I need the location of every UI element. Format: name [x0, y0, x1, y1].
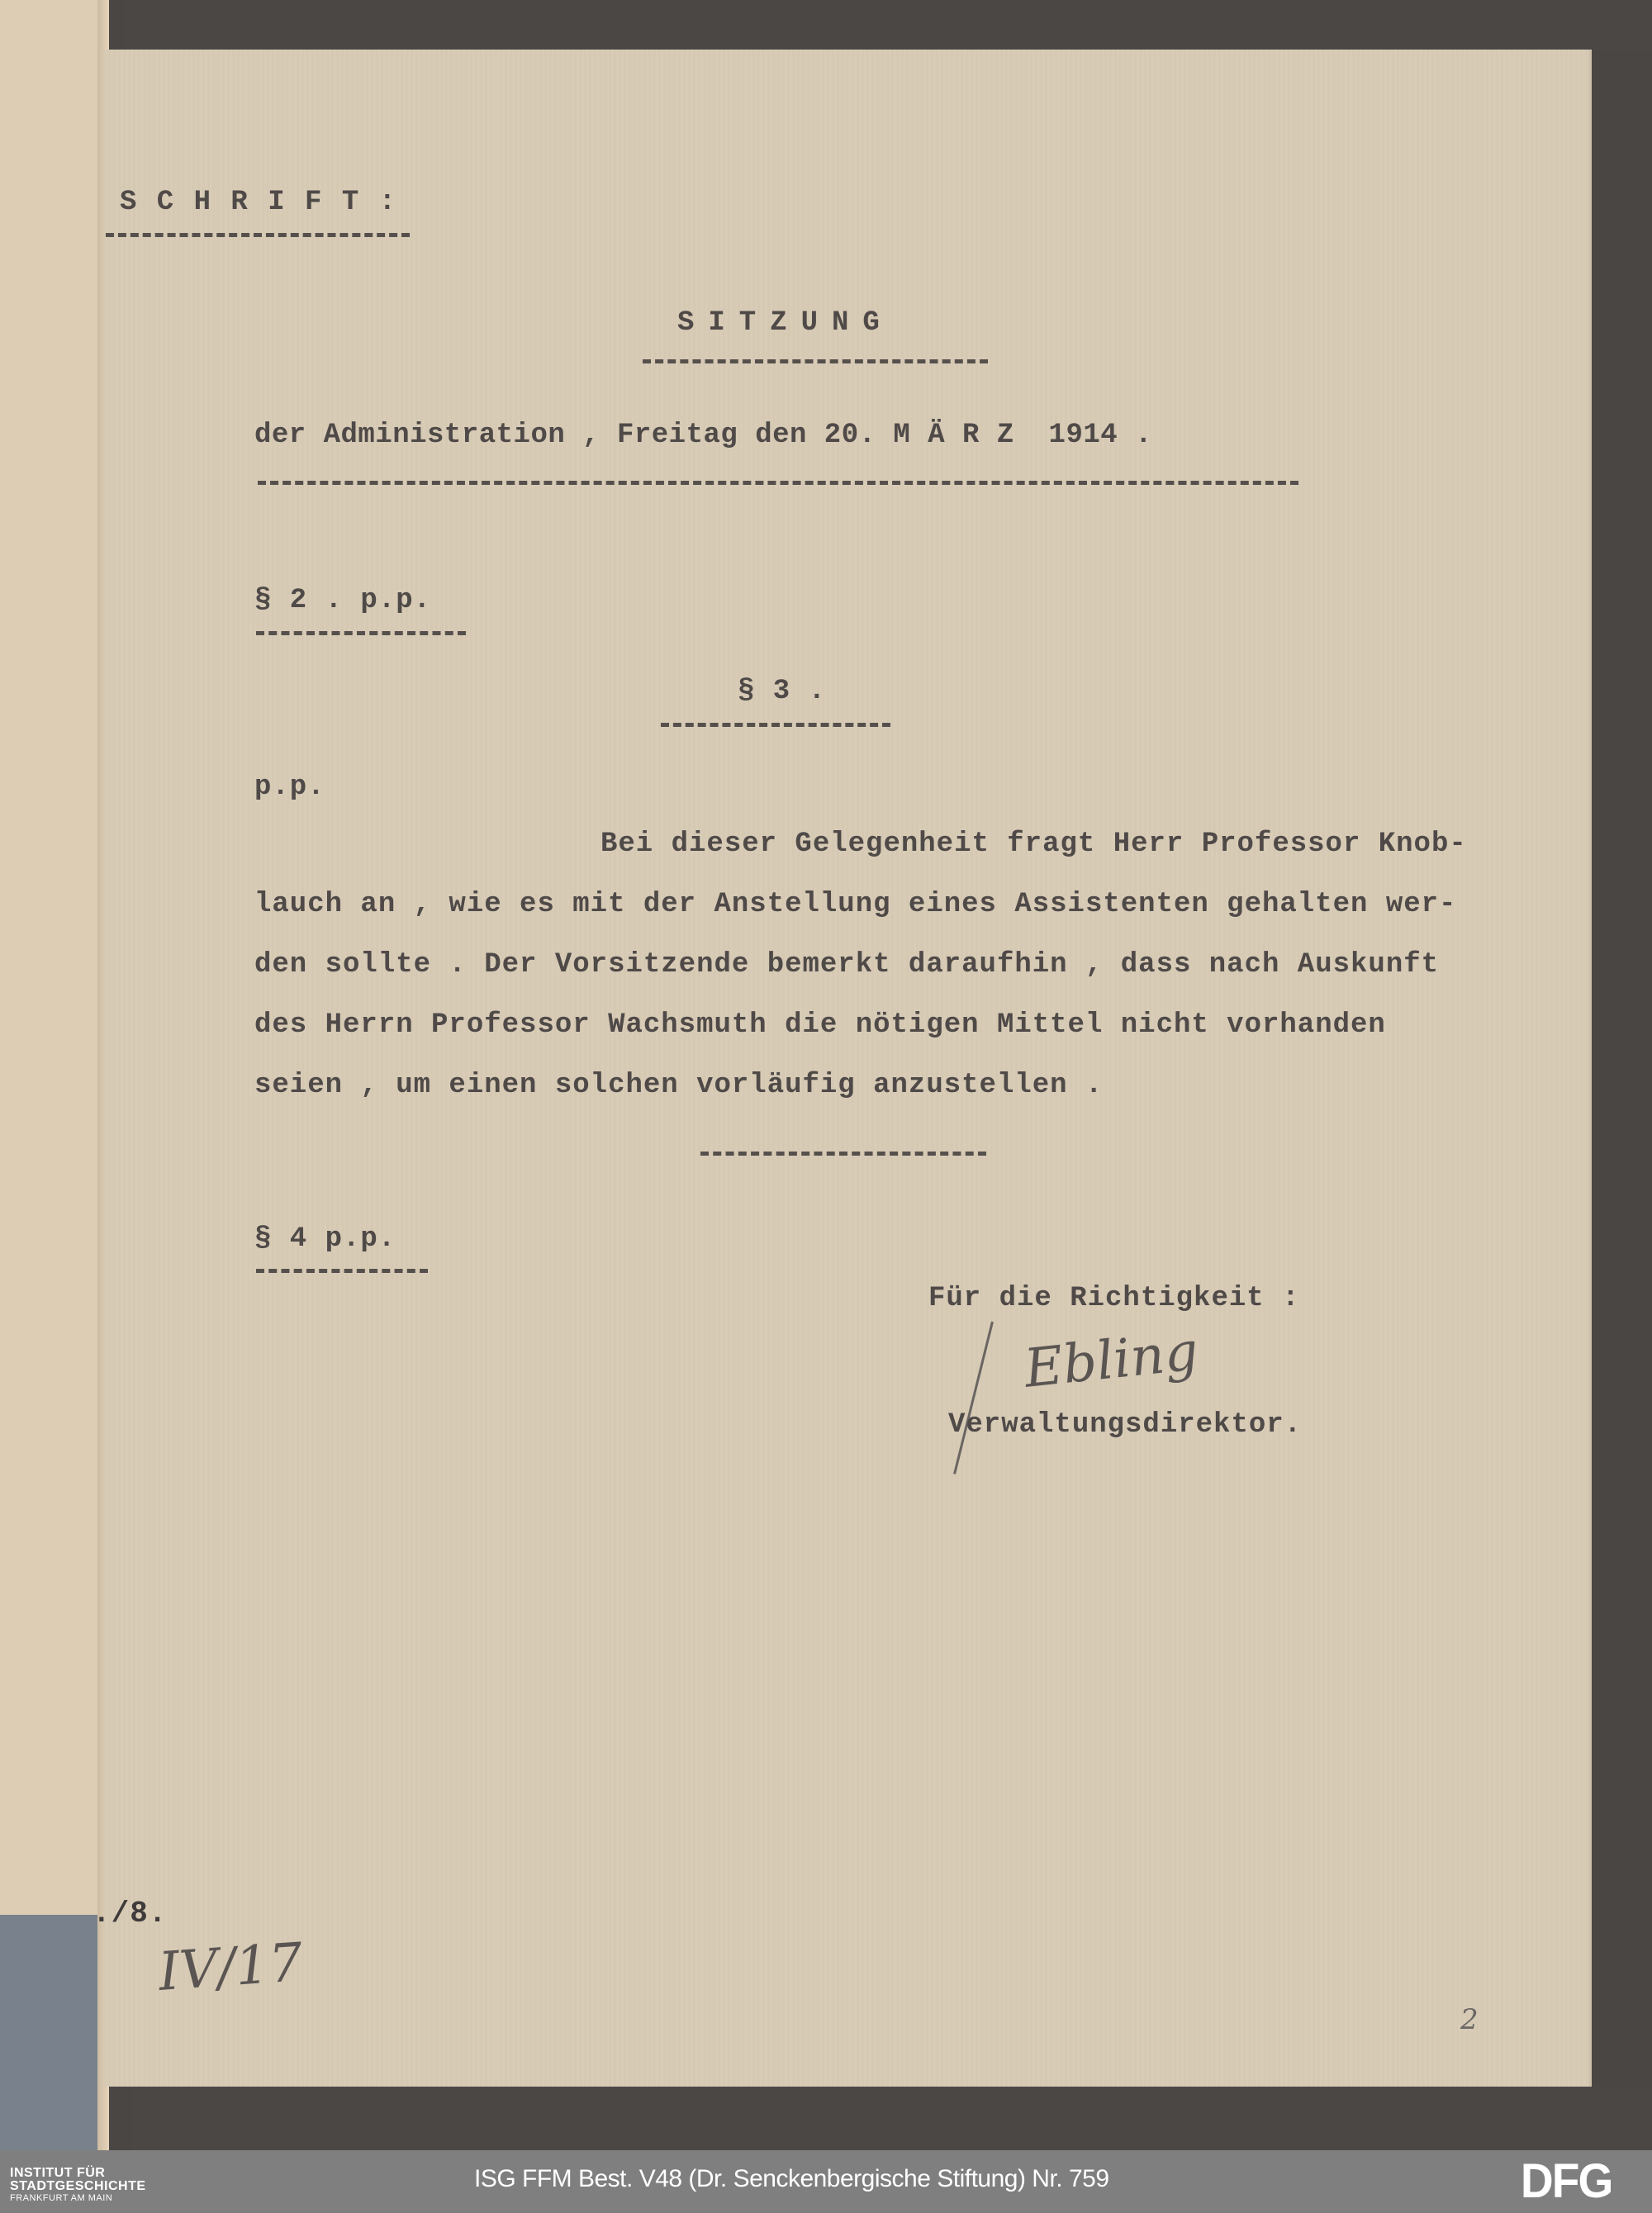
scan-background-top [124, 0, 1652, 51]
title-underline [643, 359, 988, 363]
institute-name-line2: STADTGESCHICHTE [10, 2180, 146, 2193]
section-2-underline [256, 631, 466, 635]
handwritten-reference: IV/17 [157, 1932, 305, 2003]
paragraph-line: den sollte . Der Vorsitzende bemerkt dar… [254, 949, 1439, 981]
subtitle-underline [258, 481, 1298, 485]
margin-number: ./8. [93, 1897, 167, 1930]
institute-location: FRANKFURT AM MAIN [10, 2193, 146, 2203]
section-3-underline [661, 723, 890, 727]
archive-footer-bar: INSTITUT FÜR STADTGESCHICHTE FRANKFURT A… [0, 2150, 1652, 2213]
archive-citation: ISG FFM Best. V48 (Dr. Senckenbergische … [474, 2165, 1109, 2193]
paragraph-line: des Herrn Professor Wachsmuth die nötige… [254, 1009, 1386, 1041]
certification-line: Für die Richtigkeit : [928, 1283, 1299, 1314]
pencil-page-number: 2 [1460, 2003, 1479, 2036]
scan-background-bottom [132, 2087, 1652, 2151]
page-edge [1588, 50, 1592, 2087]
document-page [103, 50, 1590, 2087]
header-underline [106, 233, 410, 237]
signatory-title: Verwaltungsdirektor. [948, 1409, 1302, 1441]
section-4-underline [256, 1269, 428, 1273]
underlying-page [0, 0, 107, 2150]
header-fragment: S C H R I F T : [120, 187, 397, 218]
section-2-heading: § 2 . p.p. [254, 585, 431, 616]
section-end-divider [700, 1152, 986, 1156]
pp-label: p.p. [254, 772, 325, 803]
institute-name-line1: INSTITUT FÜR [10, 2167, 146, 2180]
paragraph-line: seien , um einen solchen vorläufig anzus… [254, 1070, 1103, 1101]
institute-logo: INSTITUT FÜR STADTGESCHICHTE FRANKFURT A… [10, 2167, 146, 2203]
folder-cover-strip [0, 1915, 97, 2150]
section-4-heading: § 4 p.p. [254, 1223, 396, 1255]
paragraph-line: Bei dieser Gelegenheit fragt Herr Profes… [601, 829, 1467, 860]
paragraph-line: lauch an , wie es mit der Anstellung ein… [254, 889, 1456, 920]
dfg-logo: DFG [1521, 2154, 1612, 2209]
document-title: SITZUNG [677, 307, 894, 339]
section-3-heading: § 3 . [738, 676, 826, 707]
session-date-line: der Administration , Freitag den 20. M Ä… [254, 420, 1152, 451]
